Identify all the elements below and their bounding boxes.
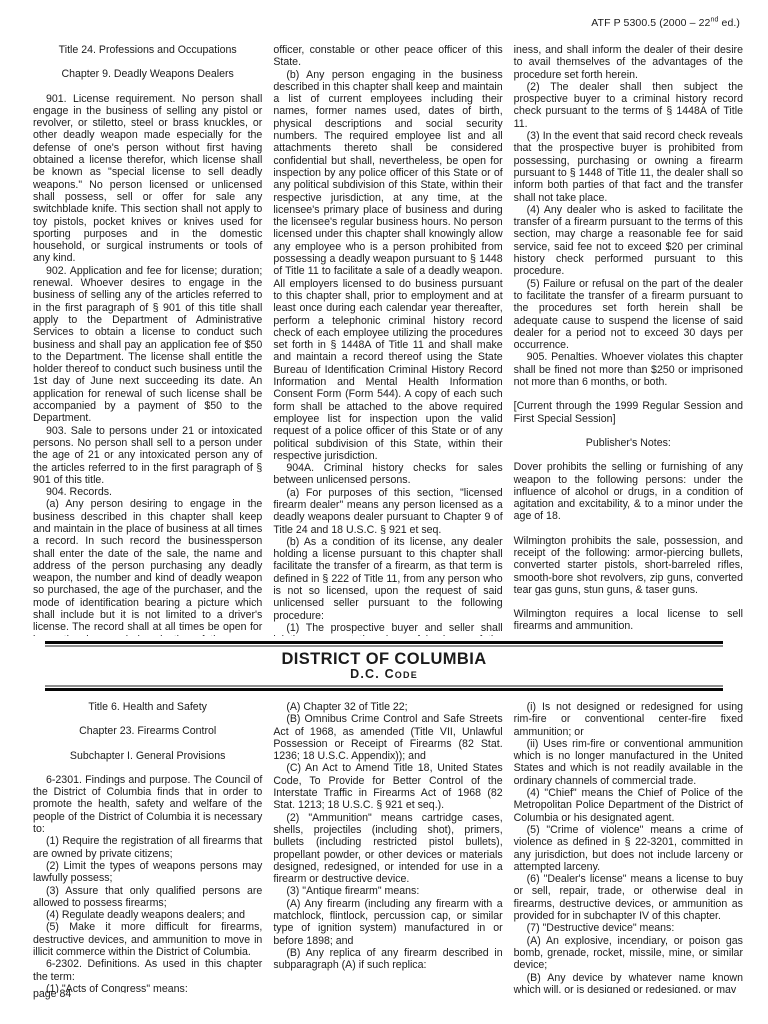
paragraph: (a) Any person desiring to engage in the… bbox=[33, 498, 262, 636]
paragraph: (2) The dealer shall then subject the pr… bbox=[514, 81, 743, 130]
paragraph: (b) As a condition of its license, any d… bbox=[273, 536, 502, 622]
paragraph: (ii) Uses rim-fire or conventional ammun… bbox=[514, 738, 743, 787]
paragraph: (1) Require the registration of all fire… bbox=[33, 835, 262, 860]
state-section-banner: DISTRICT OF COLUMBIA D.C. Code bbox=[45, 641, 723, 691]
heading-line: Subchapter I. General Provisions bbox=[33, 750, 262, 762]
paragraph: (3) "Antique firearm" means: bbox=[273, 885, 502, 897]
paragraph: (B) Any replica of any firearm described… bbox=[273, 947, 502, 972]
paragraph: (4) "Chief" means the Chief of Police of… bbox=[514, 787, 743, 824]
edition-header-suffix: ed.) bbox=[718, 17, 740, 29]
paragraph: (2) "Ammunition" means cartridge cases, … bbox=[273, 812, 502, 886]
divider-rule-gray bbox=[45, 645, 723, 647]
edition-header-text: ATF P 5300.5 (2000 – 22 bbox=[591, 17, 710, 29]
document-page: ATF P 5300.5 (2000 – 22nd ed.) Title 24.… bbox=[0, 0, 768, 1024]
heading-line: Chapter 9. Deadly Weapons Dealers bbox=[33, 68, 262, 80]
heading-line: Title 24. Professions and Occupations bbox=[33, 44, 262, 56]
top-column-1: Title 24. Professions and OccupationsCha… bbox=[33, 44, 262, 636]
paragraph: (2) Limit the types of weapons persons m… bbox=[33, 860, 262, 885]
paragraph: (a) For purposes of this section, "licen… bbox=[273, 487, 502, 536]
paragraph: (1) The prospective buyer and seller sha… bbox=[273, 622, 502, 636]
paragraph: 6-2302. Definitions. As used in this cha… bbox=[33, 958, 262, 983]
paragraph: (3) In the event that said record check … bbox=[514, 130, 743, 204]
paragraph: [Current through the 1999 Regular Sessio… bbox=[514, 400, 743, 425]
paragraph: Dover prohibits the selling or furnishin… bbox=[514, 461, 743, 522]
paragraph: (i) Is not designed or redesigned for us… bbox=[514, 701, 743, 738]
paragraph: 901. License requirement. No person shal… bbox=[33, 93, 262, 265]
bottom-column-1: Title 6. Health and SafetyChapter 23. Fi… bbox=[33, 701, 262, 993]
state-title: DISTRICT OF COLUMBIA bbox=[45, 650, 723, 668]
paragraph: 904A. Criminal history checks for sales … bbox=[273, 462, 502, 487]
paragraph: (5) Failure or refusal on the part of th… bbox=[514, 278, 743, 352]
paragraph: (A) Any firearm (including any firearm w… bbox=[273, 898, 502, 947]
paragraph: 904. Records. bbox=[33, 486, 262, 498]
paragraph: officer, constable or other peace office… bbox=[273, 44, 502, 69]
top-column-2: officer, constable or other peace office… bbox=[273, 44, 502, 636]
heading-line: Title 6. Health and Safety bbox=[33, 701, 262, 713]
paragraph: iness, and shall inform the dealer of th… bbox=[514, 44, 743, 81]
paragraph: (4) Regulate deadly weapons dealers; and bbox=[33, 909, 262, 921]
bottom-column-3: (i) Is not designed or redesigned for us… bbox=[514, 701, 743, 993]
paragraph: (A) Chapter 32 of Title 22; bbox=[273, 701, 502, 713]
top-section-columns: Title 24. Professions and OccupationsCha… bbox=[0, 44, 768, 636]
divider-rule-gray bbox=[45, 685, 723, 687]
paragraph: (A) An explosive, incendiary, or poison … bbox=[514, 935, 743, 972]
edition-header: ATF P 5300.5 (2000 – 22nd ed.) bbox=[591, 17, 740, 29]
page-number: page 84 bbox=[33, 988, 71, 1000]
paragraph: 902. Application and fee for license; du… bbox=[33, 265, 262, 425]
paragraph: (3) Assure that only qualified persons a… bbox=[33, 885, 262, 910]
heading-line: Chapter 23. Firearms Control bbox=[33, 725, 262, 737]
bottom-column-2: (A) Chapter 32 of Title 22;(B) Omnibus C… bbox=[273, 701, 502, 993]
heading-line: Publisher's Notes: bbox=[514, 437, 743, 449]
banner-top-rule bbox=[45, 641, 723, 647]
top-column-3: iness, and shall inform the dealer of th… bbox=[514, 44, 743, 636]
paragraph: 6-2301. Findings and purpose. The Counci… bbox=[33, 774, 262, 835]
bottom-section-columns: Title 6. Health and SafetyChapter 23. Fi… bbox=[0, 701, 768, 993]
paragraph: (6) "Dealer's license" means a license t… bbox=[514, 873, 743, 922]
paragraph: 905. Penalties. Whoever violates this ch… bbox=[514, 351, 743, 388]
divider-rule-black bbox=[45, 688, 723, 691]
state-code-subtitle: D.C. Code bbox=[45, 668, 723, 681]
paragraph: (5) "Crime of violence" means a crime of… bbox=[514, 824, 743, 873]
divider-rule-black bbox=[45, 641, 723, 644]
paragraph: (5) Make it more difficult for firearms,… bbox=[33, 921, 262, 958]
paragraph: (7) "Destructive device" means: bbox=[514, 922, 743, 934]
paragraph: Wilmington requires a local license to s… bbox=[514, 608, 743, 633]
paragraph: Wilmington prohibits the sale, possessio… bbox=[514, 535, 743, 596]
banner-bottom-rule bbox=[45, 685, 723, 691]
paragraph: 903. Sale to persons under 21 or intoxic… bbox=[33, 425, 262, 486]
paragraph: (4) Any dealer who is asked to facilitat… bbox=[514, 204, 743, 278]
paragraph: (B) Omnibus Crime Control and Safe Stree… bbox=[273, 713, 502, 762]
paragraph: (B) Any device by whatever name known wh… bbox=[514, 972, 743, 993]
paragraph: (C) An Act to Amend Title 18, United Sta… bbox=[273, 762, 502, 811]
paragraph: (b) Any person engaging in the business … bbox=[273, 69, 502, 463]
